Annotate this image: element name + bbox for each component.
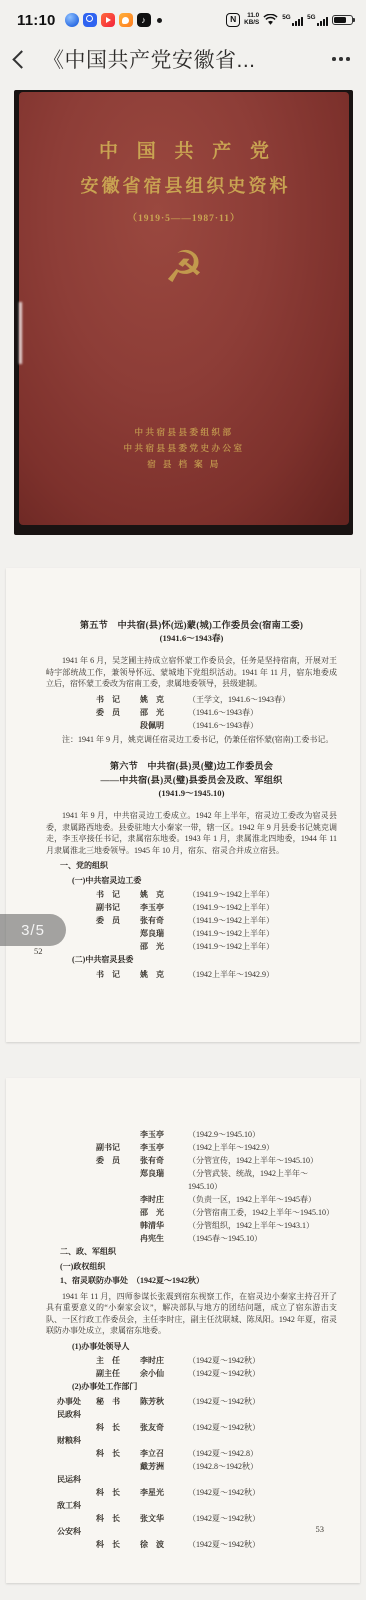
label-party-org: 一、党的组织	[60, 859, 337, 874]
roster-row: 冉宪生 （1945春～1945.10）	[96, 1232, 337, 1245]
label-suling-workcommittee: (一)中共宿灵边工委	[72, 874, 337, 889]
department-row: 科 长 张友奇 （1942夏～1942秋）	[57, 1421, 337, 1434]
cover-title-line1: 中 国 共 产 党	[19, 136, 349, 163]
douyin-music-app-icon: ♪	[137, 13, 151, 27]
departments-roster: 办事处 秘 书 陈芳秋 （1942夏～1942秋） 民政科 科 长 张友奇	[46, 1395, 337, 1551]
scanned-page-53[interactable]: 李玉亭 （1942.9～1945.10） 副书记 李玉亭 （1942上半年～19…	[6, 1078, 360, 1583]
glare-highlight	[19, 302, 22, 364]
roster-row: 郑良瑞 （分管武装、统战，1942上半年～1945.10）	[96, 1167, 337, 1193]
status-bar: 11:10 ♪ N 11.0 KB/S 5G 5G	[0, 0, 366, 34]
department-row: 公安科	[57, 1525, 337, 1538]
continued-roster: 李玉亭 （1942.9～1945.10） 副书记 李玉亭 （1942上半年～19…	[46, 1128, 337, 1245]
book-cover: 中 国 共 产 党 安徽省宿县组织史资料 （1919·5——1987·11） ☭…	[19, 92, 349, 525]
label-joint-defense-office: 1、宿灵联防办事处 （1942夏～1942秋）	[60, 1274, 337, 1289]
video-play-app-icon	[101, 13, 115, 27]
roster-row: 郑良瑞 （1941.9～1942上半年）	[96, 927, 337, 940]
clock: 11:10	[17, 12, 56, 29]
label-office-leaders: (1)办事处领导人	[72, 1340, 337, 1355]
page-number-53: 53	[316, 1524, 325, 1534]
roster-row: 韩清华 （分管组织，1942上半年～1943.1）	[96, 1219, 337, 1232]
hammer-sickle-emblem-icon: ☭	[19, 244, 349, 292]
roster-row: 委 员 邵 光 （1941.6～1943春）	[96, 706, 337, 719]
signal-bars-1	[292, 16, 303, 26]
publisher-line-2: 中共宿县县委党史办公室	[19, 440, 349, 456]
roster-row: 书 记 姚 克 （1941.9～1942上半年）	[96, 888, 337, 901]
label-political-org: (一)政权组织	[60, 1260, 337, 1275]
section5-dates: (1941.6～1943春)	[46, 632, 337, 645]
roster-row: 段佩明 （1941.6～1943春）	[96, 719, 337, 732]
section6-roster2: 书 记 姚 克 （1942上半年～1942.9）	[46, 968, 337, 981]
nav-bar: 《中国共产党安徽省...	[0, 34, 366, 84]
network-speed-unit: KB/S	[244, 20, 259, 27]
roster-row: 书 记 姚 克 （1942上半年～1942.9）	[96, 968, 337, 981]
notification-dot-icon	[157, 18, 162, 23]
document-title: 《中国共产党安徽省...	[43, 44, 332, 74]
label-office-departments: (2)办事处工作部门	[72, 1380, 337, 1395]
section6-heading2: ——中共宿(县)灵(璧)县委员会及政、军组织	[46, 773, 337, 787]
publisher-line-1: 中共宿县县委组织部	[19, 424, 349, 440]
section6-roster: 书 记 姚 克 （1941.9～1942上半年） 副书记 李玉亭 （1941.9…	[46, 888, 337, 953]
office-leaders-roster: 主 任 李时庄 （1942夏～1942秋） 副主任 余小仙 （1942夏～194…	[46, 1354, 337, 1380]
status-icons-right: N 11.0 KB/S 5G 5G	[226, 13, 353, 27]
roster-row: 副书记 李玉亭 （1942上半年～1942.9）	[96, 1141, 337, 1154]
nfc-icon: N	[226, 13, 240, 27]
department-row: 敌工科	[57, 1499, 337, 1512]
roster-row: 邵 光 （1941.9～1942上半年）	[96, 940, 337, 953]
cover-years: （1919·5——1987·11）	[19, 210, 349, 224]
department-row: 民运科	[57, 1473, 337, 1486]
scanned-page-52[interactable]: 第五节 中共宿(县)怀(远)蒙(城)工作委员会(宿南工委) (1941.6～19…	[6, 568, 360, 1042]
roster-row: 委 员 张有奇 （1941.9～1942上半年）	[96, 914, 337, 927]
roster-row: 李玉亭 （1942.9～1945.10）	[96, 1128, 337, 1141]
quark-app-icon	[83, 13, 97, 27]
department-row: 科 长 徐 波 （1942夏～1942秋）	[57, 1538, 337, 1551]
page-indicator-badge: 3/5	[0, 914, 66, 946]
signal-5g-icon-2: 5G	[307, 15, 328, 26]
department-row: 办事处 秘 书 陈芳秋 （1942夏～1942秋）	[57, 1395, 337, 1408]
roster-row: 李时庄 （负责一区，1942上半年～1945春）	[96, 1193, 337, 1206]
more-menu-button[interactable]	[332, 51, 350, 67]
book-cover-page[interactable]: 中 国 共 产 党 安徽省宿县组织史资料 （1919·5——1987·11） ☭…	[14, 90, 353, 535]
network-speed-indicator: 11.0 KB/S	[244, 13, 259, 26]
department-row: 民政科	[57, 1408, 337, 1421]
battery-icon	[332, 15, 353, 26]
section6-paragraph: 1941 年 9 月，中共宿灵边工委成立。1942 年上半年，宿灵边工委改为宿灵…	[46, 810, 337, 856]
notification-app-icons: ♪	[65, 13, 162, 27]
section5-paragraph: 1941 年 6 月，吴芝圃主持成立宿怀蒙工作委员会，任务是坚持宿南，开展对王峙…	[46, 655, 337, 690]
roster-row: 主 任 李时庄 （1942夏～1942秋）	[96, 1354, 337, 1367]
department-row: 财粮科	[57, 1434, 337, 1447]
roster-row: 委 员 张有奇 （分管宣传，1942上半年～1945.10）	[96, 1154, 337, 1167]
label-gov-military-org: 二、政、军组织	[60, 1245, 337, 1260]
roster-row: 书 记 姚 克 （王学文，1941.6～1943春）	[96, 693, 337, 706]
section6-heading1: 第六节 中共宿(县)灵(璧)边工作委员会	[46, 759, 337, 773]
roster-row: 副主任 余小仙 （1942夏～1942秋）	[96, 1367, 337, 1380]
browser-sphere-app-icon	[65, 13, 79, 27]
page-53-content: 李玉亭 （1942.9～1945.10） 副书记 李玉亭 （1942上半年～19…	[6, 1078, 360, 1551]
section5-roster: 书 记 姚 克 （王学文，1941.6～1943春） 委 员 邵 光 （1941…	[46, 693, 337, 732]
back-button[interactable]	[12, 50, 30, 68]
roster-row: 副书记 李玉亭 （1941.9～1942上半年）	[96, 901, 337, 914]
cover-publishers: 中共宿县县委组织部 中共宿县县委党史办公室 宿 县 档 案 局	[19, 424, 349, 472]
cover-title-line2: 安徽省宿县组织史资料	[19, 172, 349, 198]
department-row: 科 长 李星光 （1942夏～1942秋）	[57, 1486, 337, 1499]
signal-5g-icon-1: 5G	[282, 15, 303, 26]
department-row: 戴芳洲 （1942.8～1942秋）	[57, 1460, 337, 1473]
roster-row: 邵 光 （分管宿南工委，1942上半年～1945.10）	[96, 1206, 337, 1219]
section5-note: 注：1941 年 9 月，姚克调任宿灵边工委书记，仍兼任宿怀蒙(宿南)工委书记。	[46, 734, 337, 746]
tomato-novel-app-icon	[119, 13, 133, 27]
section5-heading: 第五节 中共宿(县)怀(远)蒙(城)工作委员会(宿南工委)	[46, 618, 337, 632]
label-suling-countycommittee: (二)中共宿灵县委	[72, 953, 337, 968]
wifi-icon	[263, 14, 278, 26]
department-row: 科 长 李立召 （1942夏～1942.8）	[57, 1447, 337, 1460]
page-number-52: 52	[34, 946, 43, 956]
section6-dates: (1941.9～1945.10)	[46, 787, 337, 800]
publisher-line-3: 宿 县 档 案 局	[19, 456, 349, 472]
signal-bars-2	[317, 16, 328, 26]
department-row: 科 长 张文华 （1942夏～1942秋）	[57, 1512, 337, 1525]
page53-paragraph: 1941 年 11 月，四师参谋长张震到宿东视察工作，在宿灵边小秦家主持召开了具…	[46, 1291, 337, 1337]
